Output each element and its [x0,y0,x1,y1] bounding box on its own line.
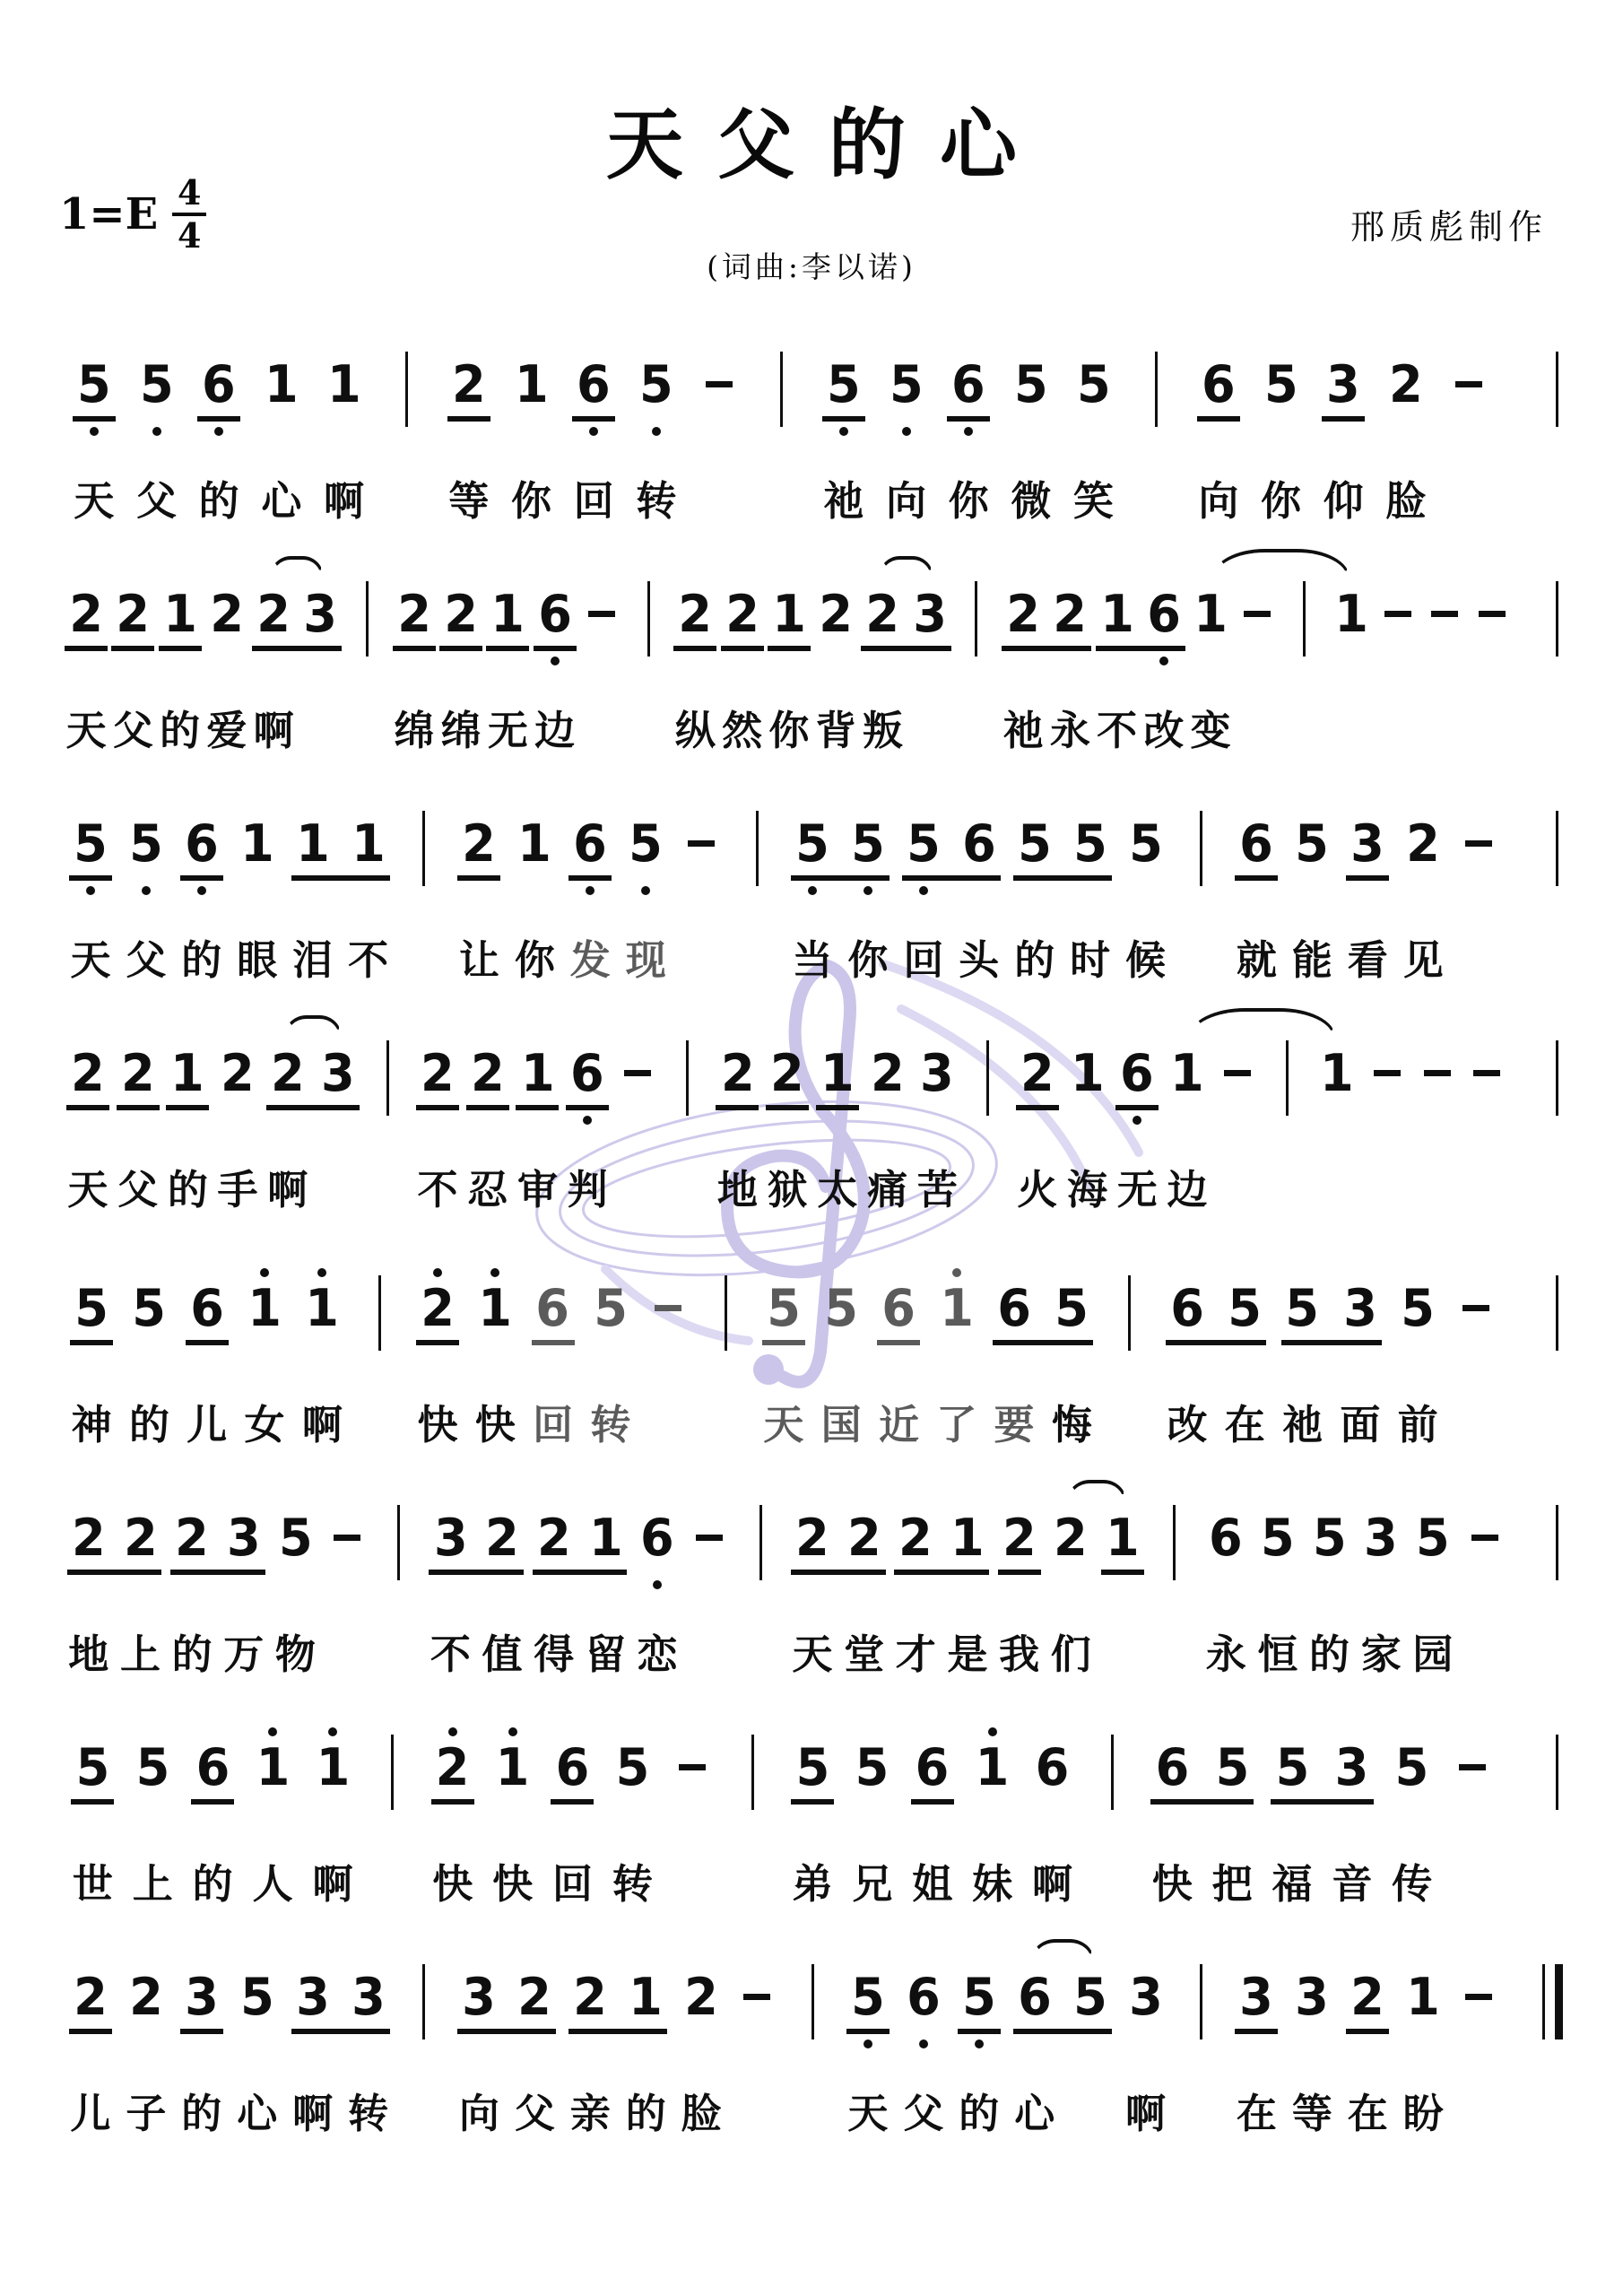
rhythm-underline [894,1570,989,1575]
barline [725,1275,727,1351]
note-digit: 3 [1324,1742,1381,1796]
octave-dot-below [142,886,151,895]
lyric-syllable: 人 [253,1851,293,1909]
note-digit: 2 [864,1048,911,1101]
lyric-syllable: 你 [847,927,888,986]
note-digit: 1 [501,359,560,413]
lyric-syllable: 仰 [1324,468,1364,526]
note-digit: 3 [299,588,343,642]
octave-dot-below [975,2039,984,2048]
meter-numerator: 4 [178,176,201,210]
note-digit: 2 [1397,818,1450,872]
lyric-syllable: 盼 [1403,2081,1444,2139]
octave-dot-above [433,1268,442,1277]
lyric-syllable: 你 [511,468,551,526]
rhythm-underline [1281,1340,1382,1345]
lyric-syllable: 时 [1070,927,1110,986]
note-digit: 3 [219,1512,268,1566]
note-digit: 1 [508,818,561,872]
lyric-syllable: 上 [133,1851,173,1909]
lyric-syllable: 上 [120,1622,161,1680]
note-digit: 5 [842,818,895,872]
dash-note [743,1994,770,2000]
note-digit: 5 [1008,818,1061,872]
lyric-syllable: 的 [168,1157,208,1215]
lyric-syllable: 的 [626,2081,666,2139]
note-digit: 5 [842,1971,895,2025]
lyric-syllable: 心 [1014,2081,1055,2139]
lyric-syllable: 园 [1412,1622,1453,1680]
dash-note [1471,1535,1498,1541]
lyric-syllable: 爱 [206,698,247,756]
note-digit: 6 [897,1971,950,2025]
note-digit: 5 [1275,1283,1330,1336]
note-digit: 6 [952,818,1005,872]
lyric-syllable: 候 [1125,927,1166,986]
lyric-syllable: 传 [1392,1851,1432,1909]
dash-note [688,840,715,847]
barline [378,1275,381,1351]
lyric-syllable: 回 [903,927,943,986]
note-digit: 1 [158,588,203,642]
rhythm-underline [416,1340,459,1345]
lyric-syllable: 不 [430,1622,471,1680]
lyric-syllable: 纵 [675,698,716,756]
barline [1200,811,1202,886]
note-digit: 2 [1376,359,1436,413]
lyric-syllable: 向 [459,2081,499,2139]
lyric-syllable: 叛 [863,698,903,756]
lyric-syllable: 弟 [792,1851,832,1909]
note-digit: 6 [1202,1512,1251,1566]
lyric-syllable: 前 [1398,1392,1438,1450]
rhythm-underline [65,646,108,651]
rhythm-underline [532,1340,575,1345]
lyric-syllable: 的 [959,2081,999,2139]
note-digit: 2 [813,588,858,642]
lyric-syllable: 边 [1167,1157,1207,1215]
octave-dot-below [586,886,595,895]
note-digit: 5 [1263,1742,1321,1796]
note-digit: 1 [1314,1048,1361,1101]
lyric-syllable: 物 [275,1622,316,1680]
lyric-syllable: 转 [636,468,676,526]
barline [986,1040,989,1116]
notation-line-1: 556112165556556532天父的心啊等你回转祂向你微笑向你仰脸 [0,359,1623,570]
note-digit: 1 [230,818,283,872]
lyric-syllable: 天 [66,698,107,756]
barline [756,811,759,886]
lyric-syllable: 见 [1403,927,1444,986]
octave-dot-below [152,427,161,436]
octave-dot-below [86,886,95,895]
note-digit: 5 [1408,1512,1457,1566]
lyric-syllable: 家 [1361,1622,1402,1680]
note-digit: 2 [410,1283,464,1336]
composer-subtitle: (词曲:李以诺) [0,244,1623,286]
dash-note [1465,840,1492,847]
note-digit: 5 [620,818,673,872]
rhythm-underline [791,1570,886,1575]
dash-note [1455,381,1482,387]
dash-note [706,381,733,387]
note-digit: 2 [788,1512,838,1566]
rhythm-underline [159,646,202,651]
note-digit: 5 [814,359,873,413]
note-digit: 6 [872,1283,926,1336]
rhythm-underline [1002,646,1091,651]
note-digit: 2 [119,1971,172,2025]
note-digit: 2 [1001,588,1046,642]
lyric-syllable: 快 [417,1392,457,1450]
note-digit: 1 [164,1048,212,1101]
note-digit: 5 [271,1512,320,1566]
note-digit: 5 [583,1283,638,1336]
barline [1128,1275,1131,1351]
note-digit: 2 [891,1512,941,1566]
octave-dot-above [328,1727,337,1736]
octave-dot-above [508,1727,517,1736]
note-digit: 5 [1305,1512,1354,1566]
note-digit: 1 [486,588,531,642]
barline [386,1040,389,1116]
lyric-syllable: 啊 [312,1851,352,1909]
rhythm-underline [766,1105,809,1110]
barline [422,1964,425,2039]
note-digit: 2 [64,1048,111,1101]
note-digit: 1 [1098,1512,1148,1566]
lyric-syllable: 不 [348,927,388,986]
note-digit: 2 [673,588,718,642]
note-digit: 6 [533,588,577,642]
rhythm-underline [1346,2029,1389,2034]
note-digit: 5 [1203,1742,1261,1796]
rhythm-underline [1166,1340,1266,1345]
rhythm-underline [393,646,436,651]
lyric-syllable: 无 [488,698,528,756]
time-signature: 4 4 [172,176,206,253]
rhythm-underline [572,416,615,422]
lyric-syllable: 音 [1332,1851,1372,1909]
rhythm-underline [111,646,154,651]
rhythm-underline [1197,416,1240,422]
note-digit: 5 [122,1283,177,1336]
note-digit: 1 [304,1742,361,1796]
note-digit: 5 [1045,1283,1099,1336]
lyric-syllable: 女 [245,1392,285,1450]
lyric-syllable: 了 [936,1392,976,1450]
note-digit: 3 [453,1971,506,2025]
note-digit: 6 [525,1283,580,1336]
lyric-syllable: 永 [1206,1622,1246,1680]
note-digit: 2 [529,1512,578,1566]
note-digit: 2 [438,588,483,642]
octave-dot-below [919,2039,928,2048]
lyric-syllable: 神 [72,1392,112,1450]
rhythm-underline [568,875,612,881]
note-digit: 1 [1095,588,1140,642]
note-digit: 2 [392,588,437,642]
barline [1556,352,1558,427]
note-digit: 5 [1254,1512,1303,1566]
octave-dot-below [90,427,99,436]
lyric-syllable: 然 [722,698,762,756]
lyric-syllable: 啊 [1125,2081,1166,2139]
octave-dot-below [919,886,928,895]
note-digit: 2 [251,588,296,642]
lyric-syllable: 在 [1237,2081,1277,2139]
note-digit: 3 [1119,1971,1172,2025]
dash-note [588,611,615,617]
lyric-syllable: 国 [821,1392,862,1450]
rhythm-underline [466,1105,509,1110]
rhythm-underline [822,416,865,422]
lyric-syllable: 向 [886,468,926,526]
note-digit: 3 [907,588,952,642]
rhythm-underline [1271,1799,1374,1805]
lyric-syllable: 祂 [1282,1392,1323,1450]
lyric-syllable: 祂 [1003,698,1044,756]
rhythm-underline [457,875,500,881]
rhythm-underline [993,1340,1093,1345]
lyric-syllable: 脸 [681,2081,722,2139]
note-digit: 5 [1063,1971,1116,2025]
dash-note [1465,1994,1492,2000]
note-digit: 5 [786,818,839,872]
note-digit: 5 [844,1742,901,1796]
note-digit: 1 [1329,588,1374,642]
note-digit: 5 [125,1742,182,1796]
lyric-syllable: 转 [612,1851,653,1909]
key-signature: 1=E 4 4 [59,176,206,253]
note-digit: 1 [1188,588,1233,642]
note-digit: 3 [314,1048,361,1101]
rhythm-underline [516,1105,559,1110]
lyric-syllable: 得 [534,1622,574,1680]
rhythm-underline [252,646,342,651]
lyric-syllable: 我 [999,1622,1039,1680]
octave-dot-below [653,1580,662,1589]
lyric-syllable: 脸 [1385,468,1426,526]
lyric-syllable: 儿 [187,1392,227,1450]
rhythm-underline [180,875,223,881]
lyric-syllable: 把 [1212,1851,1253,1909]
rhythm-underline [67,1570,162,1575]
note-digit: 1 [620,1971,673,2025]
note-digit: 6 [633,1512,682,1566]
note-digit: 6 [564,818,617,872]
note-digit: 2 [116,1512,165,1566]
octave-dot-below [214,427,223,436]
lyric-syllable: 父 [117,1157,158,1215]
lyric-syllable: 判 [568,1157,608,1215]
barline [1111,1735,1114,1810]
barline [811,1964,814,2039]
rhythm-underline [439,646,482,651]
lyric-syllable: 啊 [1032,1851,1072,1909]
rhythm-underline [768,646,811,651]
rhythm-underline [416,1105,459,1110]
octave-dot-below [1133,1116,1141,1125]
rhythm-underline [533,1570,628,1575]
lyric-syllable: 变 [1191,698,1231,756]
note-digit: 5 [1384,1742,1441,1796]
note-digit: 5 [1063,818,1116,872]
rhythm-underline [791,1799,834,1805]
note-digit: 2 [264,1048,311,1101]
octave-dot-above [448,1727,457,1736]
note-digit: 6 [184,1742,241,1796]
lyric-syllable: 妹 [972,1851,1012,1909]
lyric-syllable: 现 [626,927,666,986]
lyric-syllable: 苦 [917,1157,958,1215]
lyric-syllable: 快 [1152,1851,1193,1909]
octave-dot-below [864,886,872,895]
barline [1556,1735,1558,1810]
note-digit: 6 [544,1742,602,1796]
lyric-syllable: 边 [534,698,575,756]
note-digit: 2 [675,1971,728,2025]
note-digit: 1 [295,1283,350,1336]
dash-note [1244,611,1271,617]
note-digit: 5 [627,359,686,413]
octave-dot-below [808,886,817,895]
rhythm-underline [66,1105,109,1110]
note-digit: 3 [1332,1283,1387,1336]
final-barline-thin [1542,1964,1545,2039]
lyric-syllable: 要 [994,1392,1035,1450]
octave-dot-below [964,427,973,436]
lyric-syllable: 审 [517,1157,558,1215]
lyric-syllable: 的 [160,698,200,756]
note-digit: 2 [464,1048,511,1101]
note-digit: 2 [1048,588,1093,642]
rhythm-underline [447,416,490,422]
lyric-syllable: 子 [126,2081,166,2139]
lyric-syllable: 永 [1050,698,1090,756]
rhythm-underline [191,1799,234,1805]
octave-dot-below [1159,657,1168,665]
note-digit: 3 [1357,1512,1406,1566]
note-digit: 3 [426,1512,475,1566]
rhythm-underline [291,2029,390,2034]
barline [366,581,369,657]
note-digit: 6 [987,1283,1042,1336]
octave-dot-below [652,427,661,436]
note-digit: 1 [342,818,395,872]
rhythm-underline [1346,875,1389,881]
lyric-syllable: 改 [1143,698,1184,756]
note-digit: 2 [65,1971,117,2025]
note-digit: 6 [1141,588,1186,642]
dash-note [334,1535,360,1541]
rhythm-underline [791,875,890,881]
rhythm-underline [534,646,577,651]
lyric-syllable: 看 [1348,927,1388,986]
dash-note [1431,611,1458,617]
dash-note [1224,1070,1251,1076]
rhythm-underline [846,2029,890,2034]
octave-dot-below [589,427,598,436]
lyric-syllable: 就 [1237,927,1277,986]
octave-dot-below [864,2039,872,2048]
lyric-syllable: 福 [1272,1851,1313,1909]
lyric-syllable: 祂 [823,468,864,526]
note-digit: 5 [756,1283,811,1336]
rhythm-underline [861,646,950,651]
rhythm-underline [1322,416,1365,422]
rhythm-underline [1235,2029,1278,2034]
barline [975,581,977,657]
note-digit: 2 [714,1048,761,1101]
barline [1556,1505,1558,1580]
rhythm-underline [998,1570,1041,1575]
note-digit: 5 [1286,818,1339,872]
rhythm-underline [170,1570,265,1575]
lyric-syllable: 你 [768,698,809,756]
key-label: 1=E [59,189,158,239]
note-digit: 2 [439,359,499,413]
lyric-syllable: 你 [949,468,989,526]
lyric-syllable: 转 [348,2081,388,2139]
rhythm-underline [568,2029,667,2034]
lyric-syllable: 回 [552,1851,593,1909]
lyric-syllable: 你 [515,927,555,986]
rhythm-underline [716,1105,759,1110]
octave-dot-below [902,427,911,436]
note-digit: 2 [204,588,249,642]
rhythm-underline [197,416,240,422]
note-digit: 2 [508,1971,561,2025]
note-digit: 1 [286,818,339,872]
notation-line-2: 2212232216221223221611天父的爱啊绵绵无边纵然你背叛祂永不改… [0,588,1623,799]
note-digit: 5 [814,1283,869,1336]
note-digit: 2 [839,1512,889,1566]
note-digit: 2 [861,588,906,642]
lyric-syllable: 太 [817,1157,857,1215]
rhythm-underline [911,1799,954,1805]
note-digit: 6 [1230,818,1283,872]
page-title: 天父的心 [0,83,1623,194]
rhythm-underline [71,1799,114,1805]
lyric-syllable: 忍 [467,1157,508,1215]
rhythm-underline [1101,1570,1144,1575]
lyric-syllable: 儿 [70,2081,110,2139]
note-digit: 5 [876,359,935,413]
lyric-syllable: 值 [482,1622,523,1680]
barline [1173,1505,1176,1580]
note-digit: 5 [1218,1283,1272,1336]
note-digit: 5 [65,1283,119,1336]
octave-dot-below [839,427,848,436]
note-digit: 1 [929,1283,984,1336]
octave-dot-below [583,1116,592,1125]
note-digit: 3 [1286,1971,1339,2025]
note-digit: 1 [767,588,811,642]
note-digit: 3 [1230,1971,1283,2025]
lyric-syllable: 姐 [912,1851,952,1909]
note-digit: 6 [939,359,998,413]
note-digit: 6 [1024,1742,1081,1796]
note-digit: 2 [478,1512,527,1566]
lyric-syllable: 快 [492,1851,533,1909]
lyric-syllable: 的 [181,2081,221,2139]
lyric-syllable: 心 [261,468,301,526]
lyric-syllable: 眼 [237,927,277,986]
lyric-syllable: 们 [1051,1622,1091,1680]
lyric-syllable: 的 [129,1392,169,1450]
note-digit: 1 [581,1512,630,1566]
